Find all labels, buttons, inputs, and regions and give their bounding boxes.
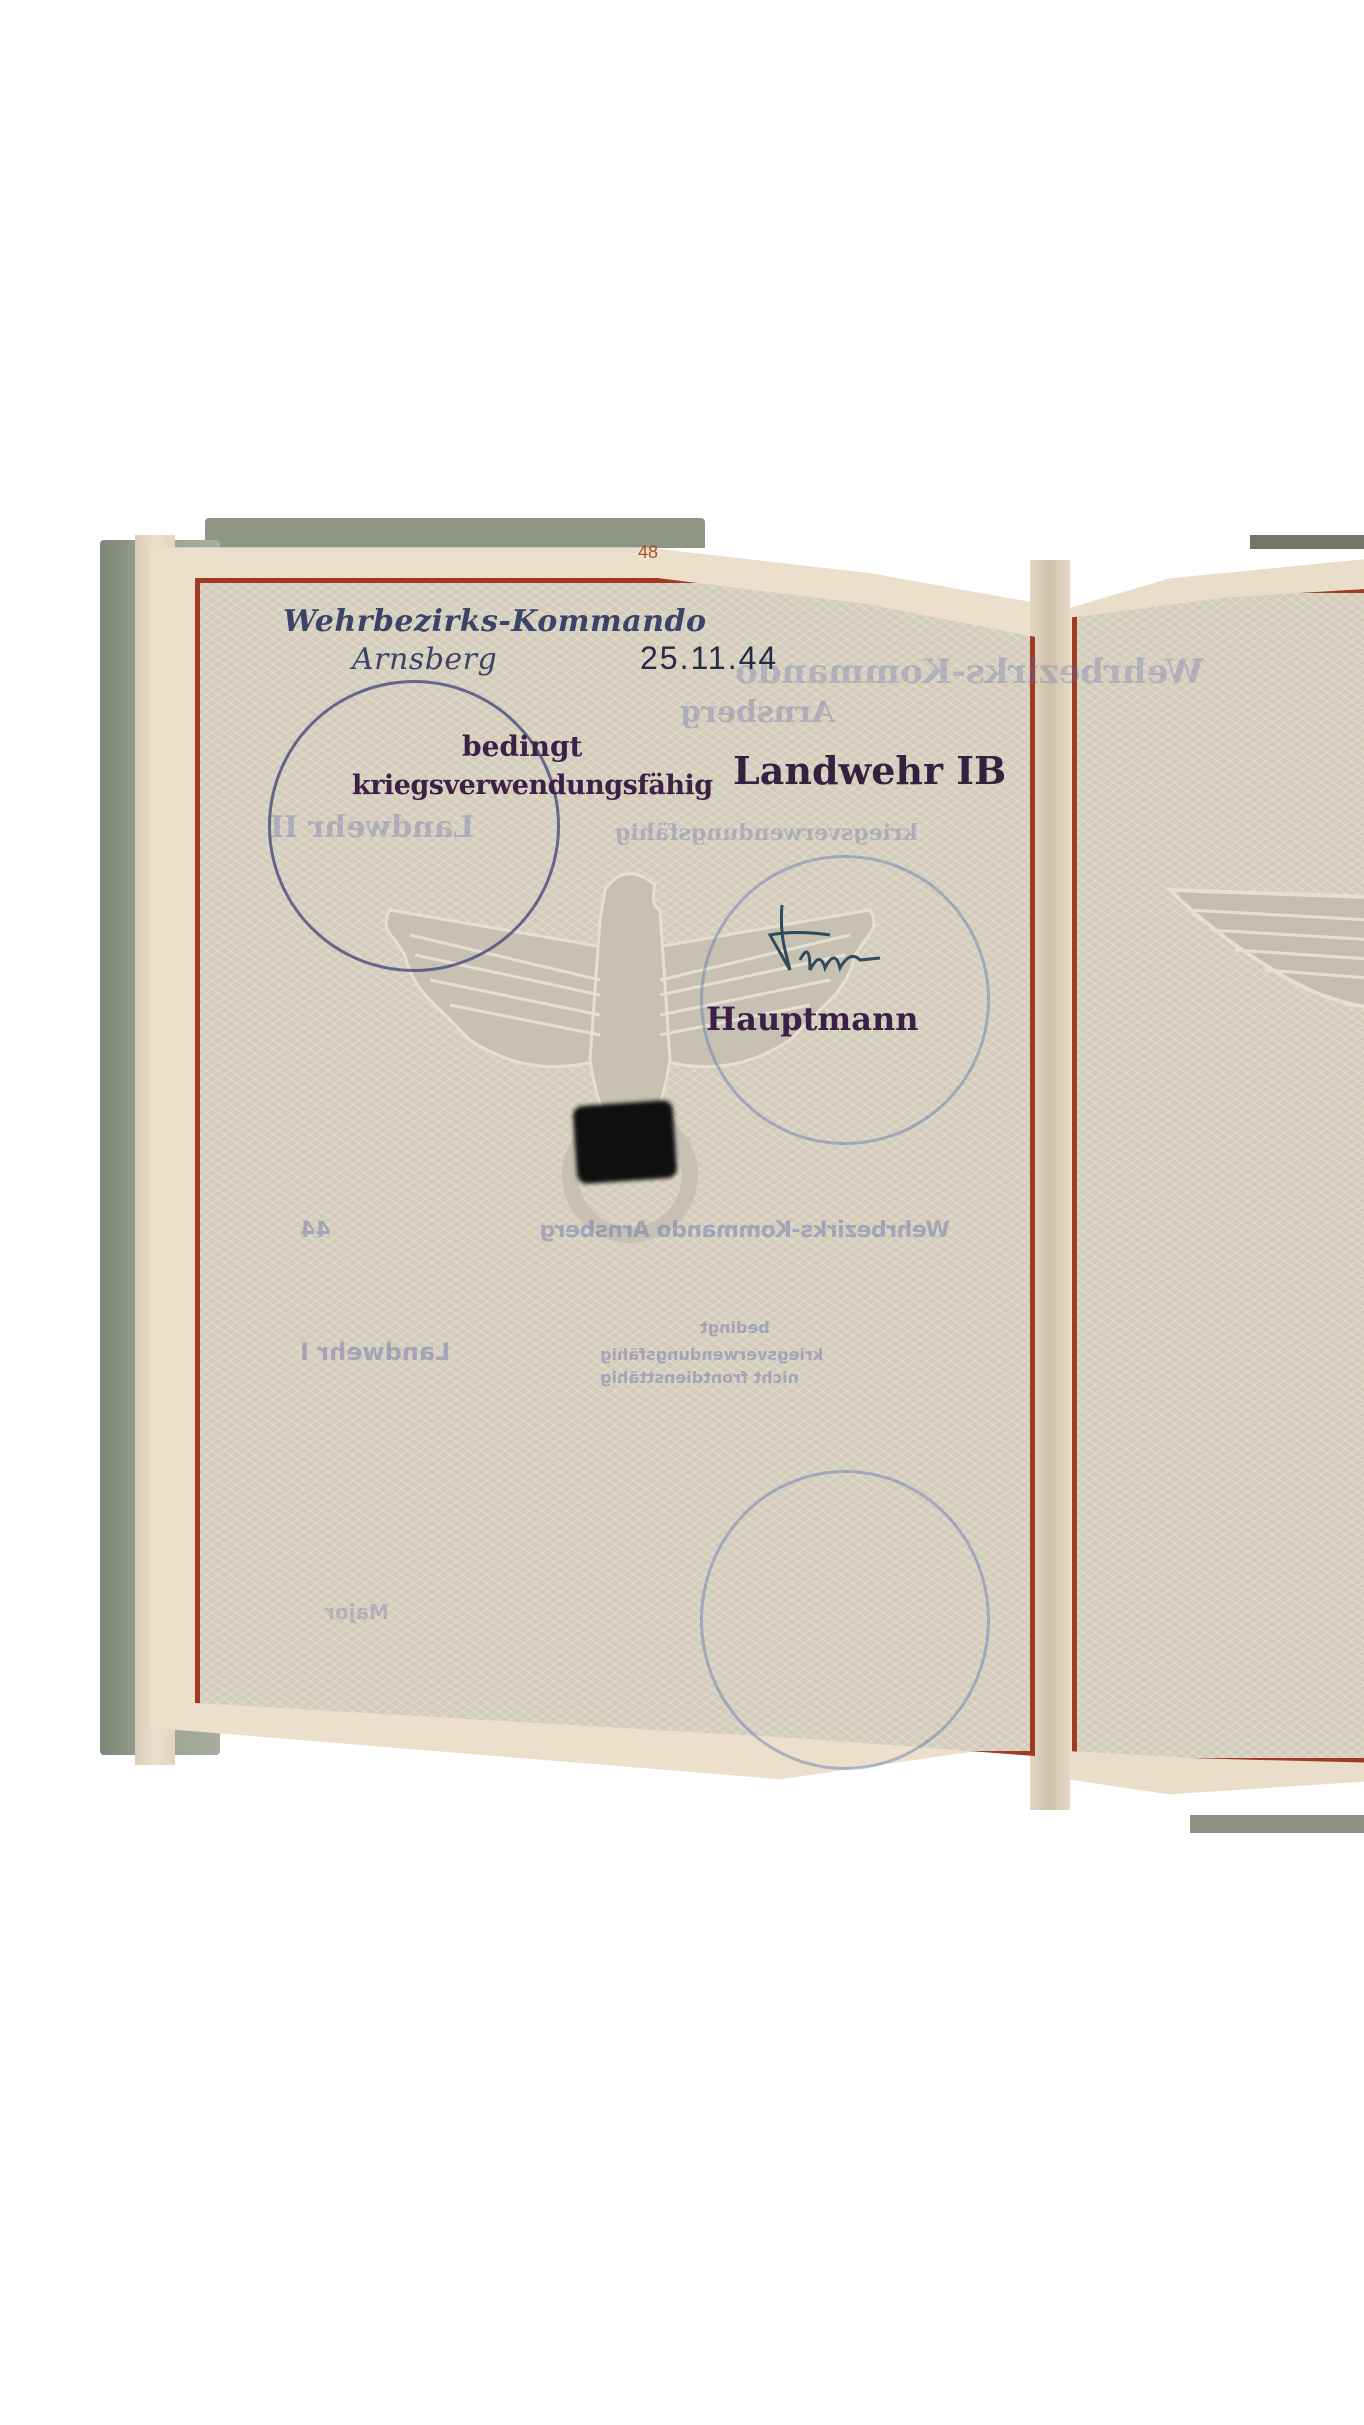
handwritten-signature xyxy=(740,900,890,990)
fitness-stamp-line2: kriegsverwendungsfähig xyxy=(352,770,713,801)
cover-edge-right-bottom xyxy=(1190,1815,1364,1833)
cover-edge-right-top xyxy=(1250,535,1364,549)
bleedthrough-arnsberg: Arnsberg xyxy=(680,695,835,730)
right-page-red-border-frame xyxy=(1072,588,1364,1763)
fitness-stamp-line1: bedingt xyxy=(462,730,582,763)
bleedthrough-fitness-line2: kriegsverwendungsfähig xyxy=(600,1345,823,1364)
official-round-stamp-bottom xyxy=(700,1470,990,1770)
bleedthrough-fitness: kriegsverwendungsfähig xyxy=(615,820,918,846)
rank-stamp: Hauptmann xyxy=(706,1000,919,1038)
bleedthrough-office-line: Wehrbezirks-Kommando Arnsberg xyxy=(540,1218,950,1243)
book-gutter xyxy=(1030,560,1070,1810)
eagle-emblem-watermark-right xyxy=(1160,870,1364,1020)
stamp-date: 25.11.44 xyxy=(640,640,778,677)
bleedthrough-fitness-line3: nicht frontdiensttähig xyxy=(600,1368,799,1387)
bleedthrough-category: Landwehr I xyxy=(300,1338,450,1366)
back-cover-top-edge xyxy=(205,518,705,548)
page-number: 48 xyxy=(633,542,663,563)
office-stamp-line2: Arnsberg xyxy=(352,642,497,677)
bleedthrough-office-stamp: Wehrbezirks-Kommando xyxy=(735,652,1204,692)
bleedthrough-date: 44 xyxy=(300,1218,331,1243)
category-stamp: Landwehr IB xyxy=(733,748,1006,793)
bleedthrough-fitness-line1: bedingt xyxy=(700,1318,770,1337)
official-round-stamp-left xyxy=(268,680,560,972)
bleedthrough-signature-mark: Major xyxy=(325,1600,389,1624)
office-stamp-line1: Wehrbezirks-Kommando xyxy=(283,604,707,639)
censor-block xyxy=(572,1100,677,1185)
